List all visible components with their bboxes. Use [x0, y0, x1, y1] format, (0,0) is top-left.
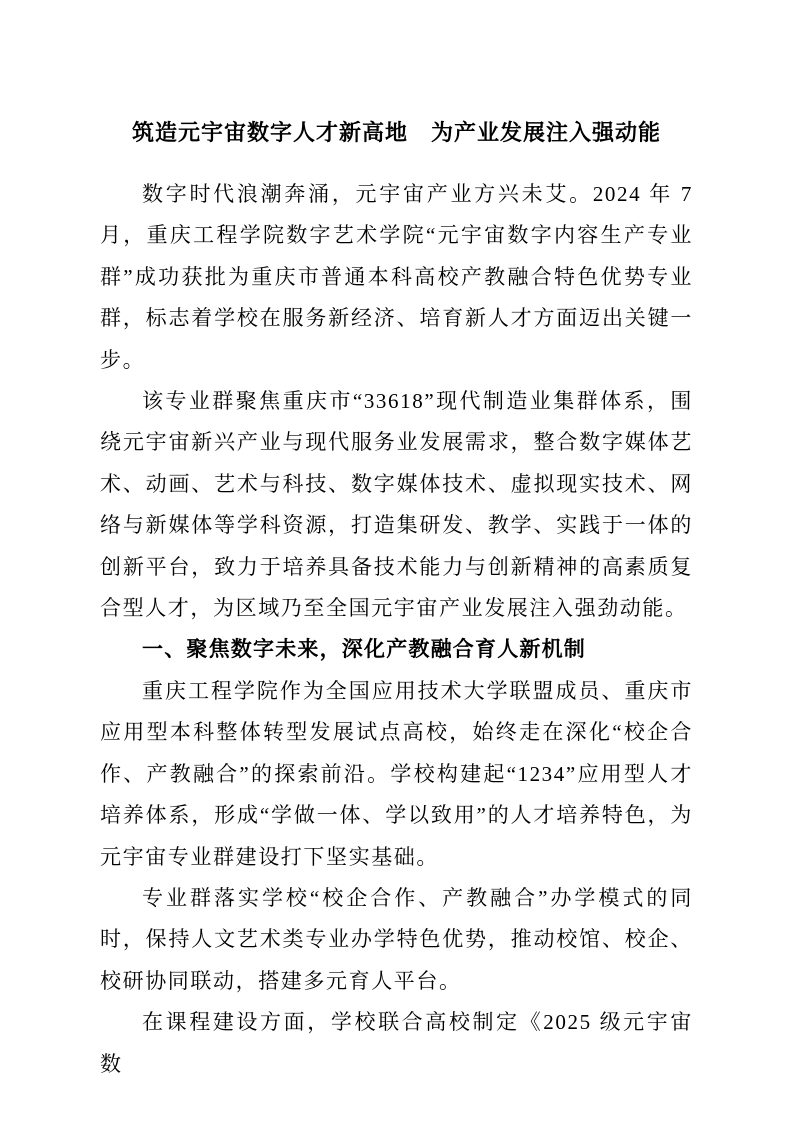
paragraph-school-background: 重庆工程学院作为全国应用技术大学联盟成员、重庆市应用型本科整体转型发展试点高校，… [100, 671, 693, 878]
document-title: 筑造元宇宙数字人才新高地 为产业发展注入强动能 [100, 112, 693, 153]
paragraph-course-building-truncated: 在课程建设方面，学校联合高校制定《2025 级元宇宙数 [100, 1002, 693, 1085]
paragraph-intro: 数字时代浪潮奔涌，元宇宙产业方兴未艾。2024 年 7 月，重庆工程学院数字艺术… [100, 174, 693, 381]
paragraph-cooperation-mode: 专业群落实学校“校企合作、产教融合”办学模式的同时，保持人文艺术类专业办学特色优… [100, 878, 693, 1002]
paragraph-cluster-overview: 该专业群聚焦重庆市“33618”现代制造业集群体系，围绕元宇宙新兴产业与现代服务… [100, 381, 693, 629]
document-page: 筑造元宇宙数字人才新高地 为产业发展注入强动能 数字时代浪潮奔涌，元宇宙产业方兴… [0, 0, 793, 1122]
section-heading-1: 一、聚焦数字未来，深化产教融合育人新机制 [100, 629, 693, 670]
